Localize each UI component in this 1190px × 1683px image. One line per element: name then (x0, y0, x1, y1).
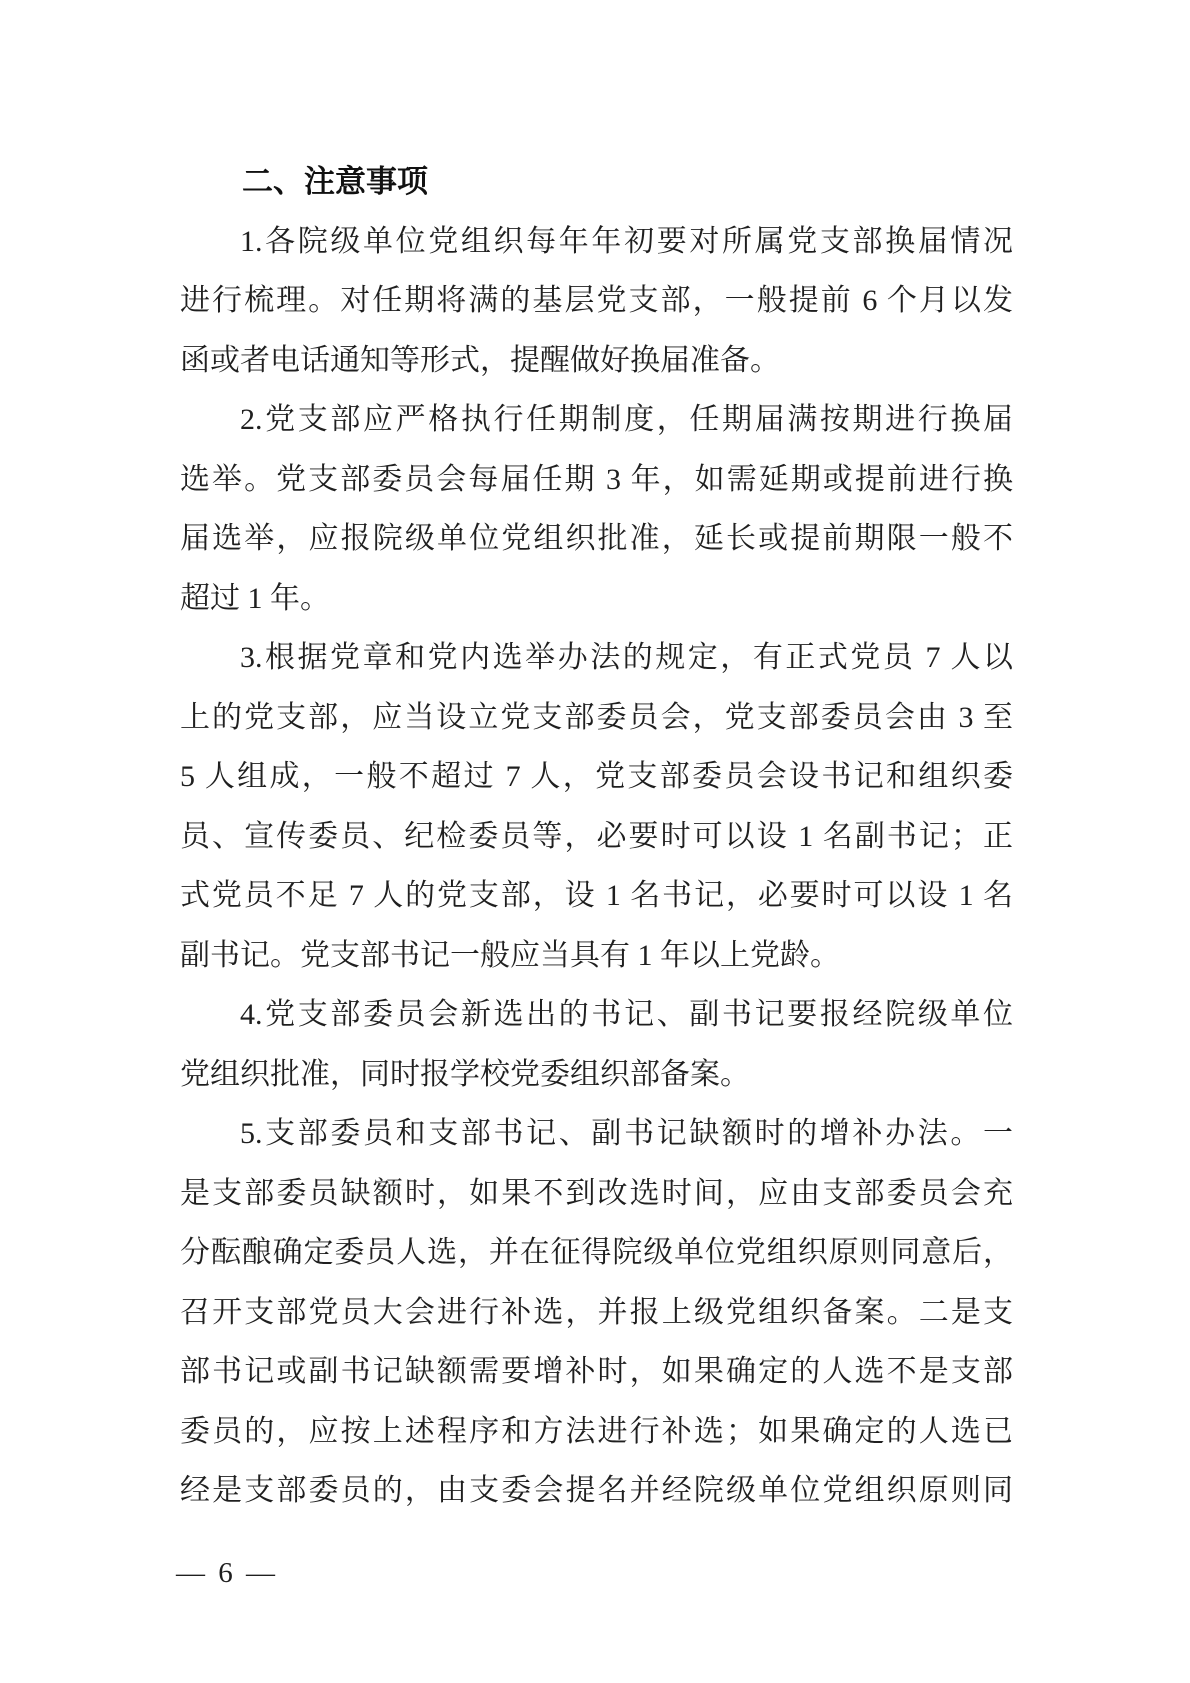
document-page: 二、注意事项 1.各院级单位党组织每年年初要对所属党支部换届情况进行梳理。对任期… (0, 0, 1190, 1683)
text-line: 3.根据党章和党内选举办法的规定，有正式党员 7 人以 (180, 628, 1013, 688)
page-number: — 6 — (176, 1553, 278, 1593)
text-line: 式党员不足 7 人的党支部，设 1 名书记，必要时可以设 1 名 (180, 866, 1013, 926)
text-line: 届选举，应报院级单位党组织批准，延长或提前期限一般不 (180, 509, 1013, 569)
text-line: 委员的，应按上述程序和方法进行补选；如果确定的人选已 (180, 1402, 1013, 1462)
text-line: 经是支部委员的，由支委会提名并经院级单位党组织原则同 (180, 1461, 1013, 1521)
text-line: 2.党支部应严格执行任期制度，任期届满按期进行换届 (180, 390, 1013, 450)
text-line: 是支部委员缺额时，如果不到改选时间，应由支部委员会充 (180, 1164, 1013, 1224)
text-line: 5 人组成，一般不超过 7 人，党支部委员会设书记和组织委 (180, 747, 1013, 807)
text-line: 部书记或副书记缺额需要增补时，如果确定的人选不是支部 (180, 1342, 1013, 1402)
text-line: 5.支部委员和支部书记、副书记缺额时的增补办法。一 (180, 1104, 1013, 1164)
document-body: 1.各院级单位党组织每年年初要对所属党支部换届情况进行梳理。对任期将满的基层党支… (180, 212, 1013, 1521)
text-line: 党组织批准，同时报学校党委组织部备案。 (180, 1045, 1013, 1105)
text-line: 超过 1 年。 (180, 569, 1013, 629)
text-line: 4.党支部委员会新选出的书记、副书记要报经院级单位 (180, 985, 1013, 1045)
text-line: 进行梳理。对任期将满的基层党支部，一般提前 6 个月以发 (180, 271, 1013, 331)
text-line: 1.各院级单位党组织每年年初要对所属党支部换届情况 (180, 212, 1013, 272)
section-heading: 二、注意事项 (180, 152, 1013, 212)
text-line: 副书记。党支部书记一般应当具有 1 年以上党龄。 (180, 926, 1013, 986)
text-line: 召开支部党员大会进行补选，并报上级党组织备案。二是支 (180, 1283, 1013, 1343)
text-line: 员、宣传委员、纪检委员等，必要时可以设 1 名副书记；正 (180, 807, 1013, 867)
text-line: 函或者电话通知等形式，提醒做好换届准备。 (180, 331, 1013, 391)
document-content: 二、注意事项 1.各院级单位党组织每年年初要对所属党支部换届情况进行梳理。对任期… (180, 152, 1013, 1521)
text-line: 上的党支部，应当设立党支部委员会，党支部委员会由 3 至 (180, 688, 1013, 748)
text-line: 分酝酿确定委员人选，并在征得院级单位党组织原则同意后， (180, 1223, 1013, 1283)
text-line: 选举。党支部委员会每届任期 3 年，如需延期或提前进行换 (180, 450, 1013, 510)
